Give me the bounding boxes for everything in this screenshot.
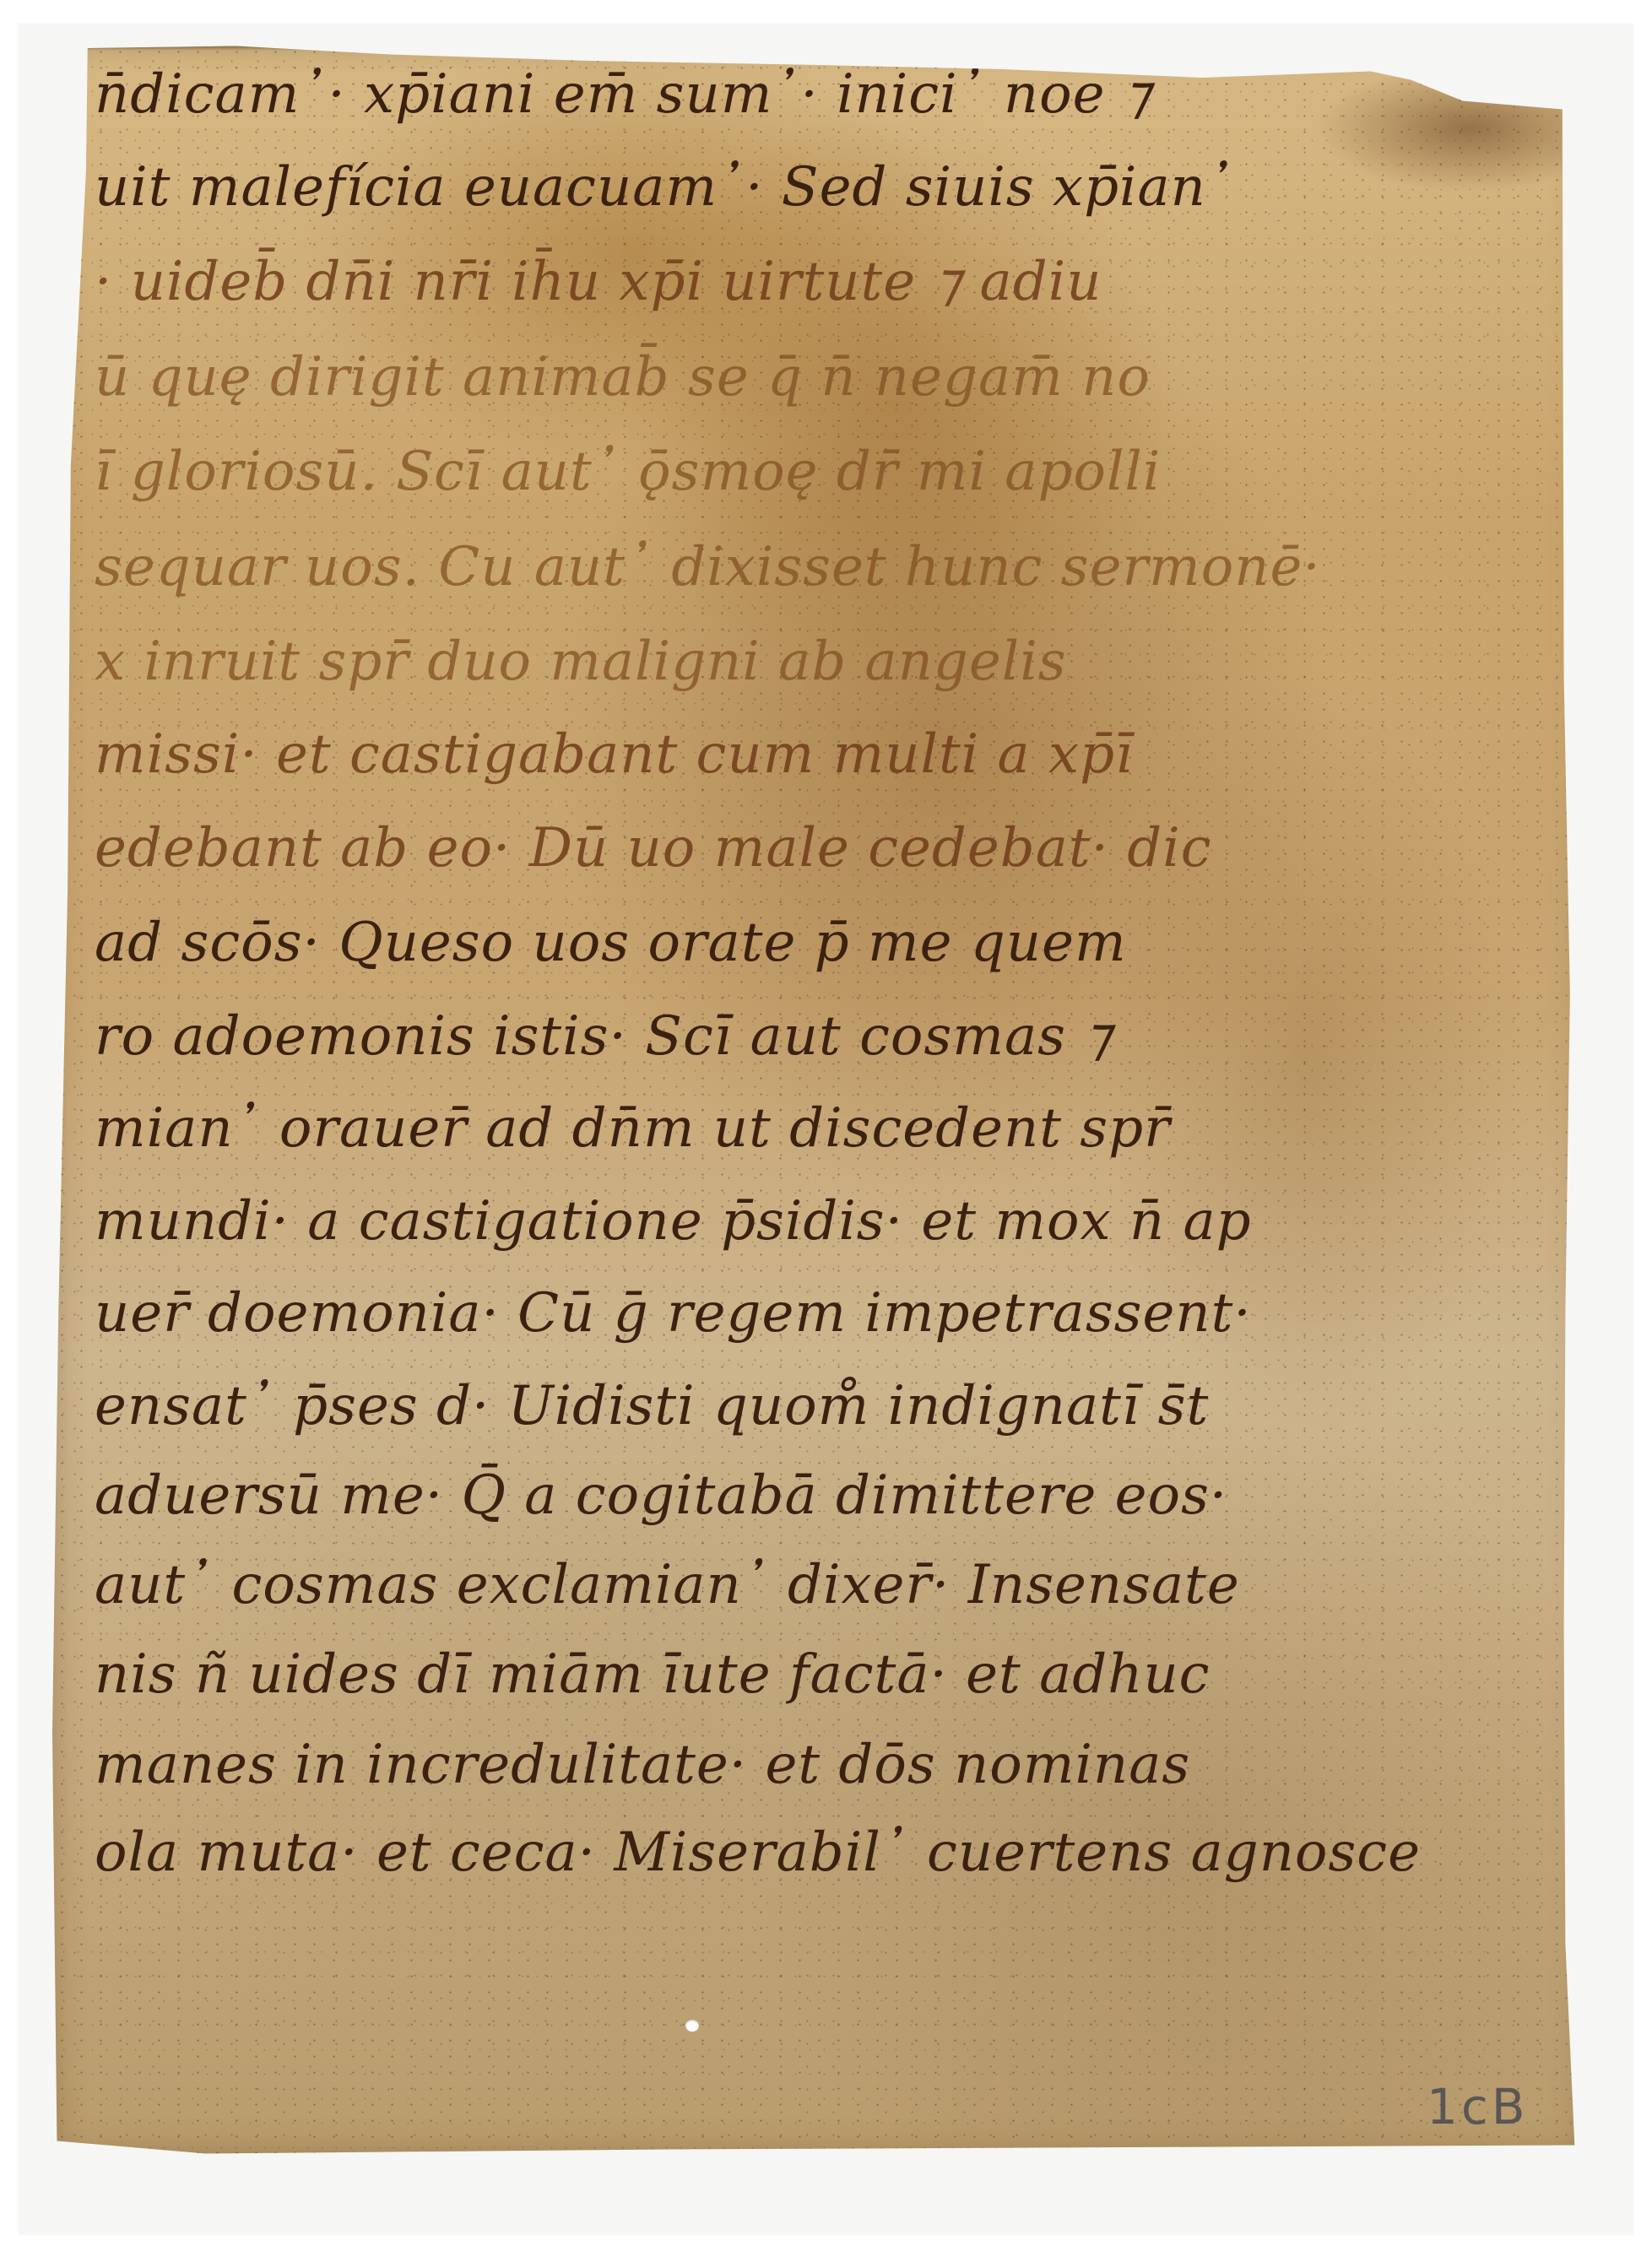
text-line-5: ı̄ gloriosū. Scī aut᾿ ǭsmoę dr̄ mi apoll… [95,445,1161,499]
parchment-leaf: n̄dicam᾿· xp̄iani em̄ sum᾿· inici᾿ noe ⁊… [52,44,1585,2156]
text-line-16: aduersū me· Q̄ a cogitabā dimittere eos· [95,1469,1227,1523]
text-line-3: · uideb̄ dn̄i nr̄i ih̄u xp̄i uirtute ⁊ a… [95,255,1102,309]
text-line-1: n̄dicam᾿· xp̄iani em̄ sum᾿· inici᾿ noe ⁊ [95,68,1151,122]
text-line-7: x inruit spr̄ duo maligni ab angelis [95,635,1067,689]
text-line-17: aut᾿ cosmas exclamian᾿ dixer̄· Insensate [95,1558,1240,1612]
text-line-11: ro adoemonis istis· Scī aut cosmas ⁊ [95,1009,1112,1064]
text-line-13: mundi· a castigatione p̄sidis· et mox n̄… [95,1194,1252,1248]
text-line-8: missi· et castigabant cum multi a xp̄ī [95,728,1134,782]
text-line-9: edebant ab eo· Dū uo male cedebat· dic [95,821,1212,875]
pencil-shelfmark: 1cB [1427,2078,1529,2135]
text-line-20: ola muta· et ceca· Miserabil᾿ cuertens a… [95,1826,1421,1880]
text-line-18: nis ñ uides dī miām īute factā· et adhuc [95,1648,1211,1702]
text-line-2: uit malefícia euacuam᾿· Sed siuis xp̄ian… [95,160,1234,214]
text-line-19: manes in incredulitate· et dōs nominas [95,1738,1190,1792]
parchment-hole [685,2020,699,2032]
text-line-12: mian᾿ orauer̄ ad dn̄m ut discedent spr̄ [95,1101,1171,1156]
text-line-15: ensat᾿ p̄ses d· Uidisti quom̊ indignatı̄… [95,1379,1209,1433]
text-line-10: ad scōs· Queso uos orate p̄ me quem [95,916,1127,970]
text-line-6: sequar uos. Cu aut᾿ dixisset hunc sermon… [95,540,1321,594]
text-line-14: uer̄ doemonia· Cū ḡ regem impetrassent· [95,1286,1252,1340]
text-line-4: ū quę dirigit animab̄ se q̄ n̄ negam̄ no [95,350,1151,404]
